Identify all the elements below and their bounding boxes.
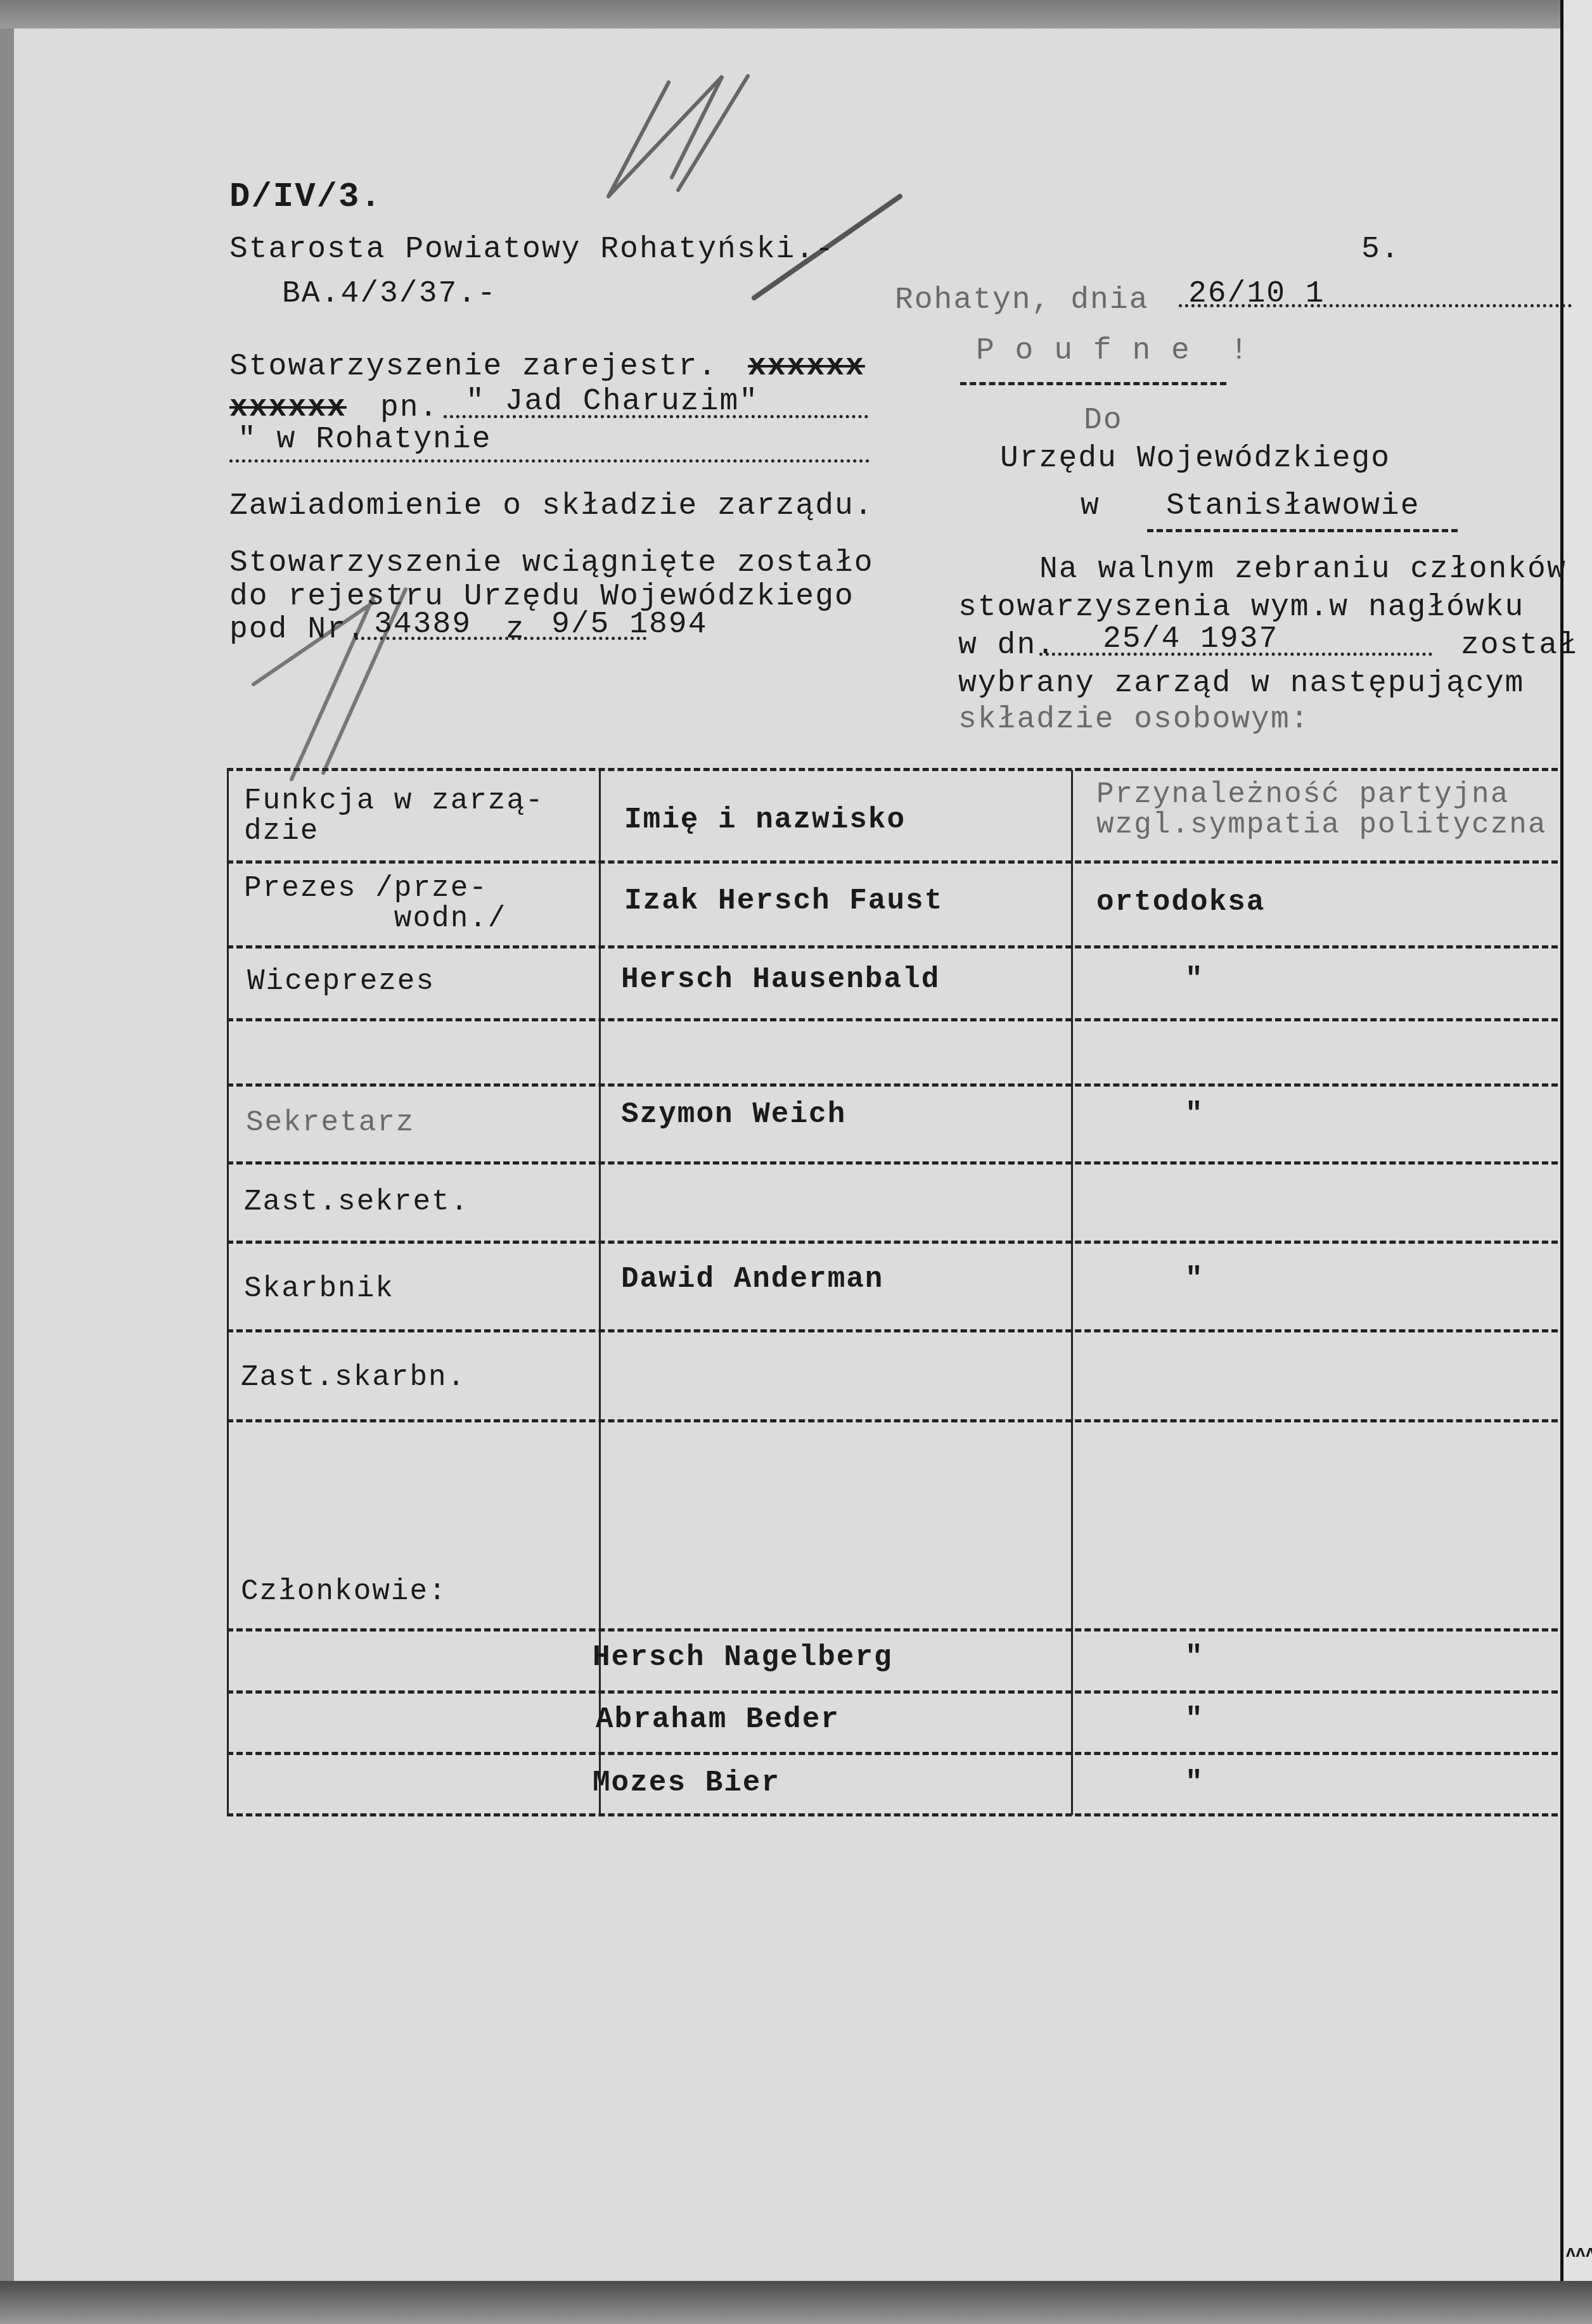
column-header-name: Imię i nazwisko	[624, 805, 906, 835]
row-affiliation: "	[1185, 1642, 1204, 1673]
issuer-line: Starosta Powiatowy Rohatyński.-	[229, 234, 835, 265]
date-dotted-line	[1179, 304, 1572, 307]
table-row-line	[227, 1419, 1558, 1422]
struck-text-1: xxxxxx	[748, 352, 865, 382]
body-line3-suffix: został	[1461, 630, 1578, 661]
file-number: BA.4/3/37.-	[282, 279, 497, 309]
confidential-underline	[960, 382, 1226, 385]
row-function: Wiceprezes	[247, 966, 435, 997]
recipient-office: Urzędu Wojewódzkiego	[1000, 444, 1390, 474]
row-name: Izak Hersch Faust	[624, 886, 943, 916]
registration-date-prefix: z	[506, 615, 525, 645]
row-name: Abraham Beder	[596, 1704, 840, 1735]
body-line5: składzie osobowym:	[958, 705, 1309, 735]
row-name: Hersch Nagelberg	[593, 1642, 893, 1673]
scan-bottom-edge	[0, 2281, 1592, 2324]
association-location: " w Rohatynie	[238, 425, 491, 455]
recipient-to: Do	[1084, 405, 1123, 436]
body-line1: Na walnym zebraniu członków	[1039, 554, 1567, 585]
name-dotted-line	[444, 415, 868, 418]
row-function: Skarbnik	[244, 1274, 394, 1304]
registration-date: 9/5 1894	[551, 610, 707, 640]
edge-mark: ᴧᴧᴧ	[1565, 2243, 1592, 2262]
table-col-divider-2	[1071, 770, 1073, 1815]
table-row-line	[227, 945, 1558, 948]
struck-text-2: xxxxxx	[229, 393, 347, 423]
row-function: Zast.skarbn.	[241, 1362, 466, 1393]
row-affiliation: "	[1185, 964, 1204, 995]
row-function: Zast.sekret.	[244, 1187, 469, 1217]
recipient-city: Stanisławowie	[1166, 491, 1420, 521]
registration-number: 34389	[374, 610, 472, 640]
place-date-label: Rohatyn, dnia	[895, 285, 1148, 316]
registration-line2: do rejestru Urzędu Wojewódzkiego	[229, 582, 854, 612]
registration-dotted-line	[355, 637, 646, 640]
row-name: Szymon Weich	[621, 1099, 846, 1130]
association-name-prefix: pn.	[380, 393, 439, 423]
confidential-label: P o u f n e !	[976, 336, 1249, 366]
scan-top-edge	[0, 0, 1592, 29]
column-header-function: Funkcja w zarzą- dzie	[244, 786, 544, 847]
table-left-border	[227, 770, 229, 1815]
row-name: Mozes Bier	[593, 1768, 780, 1798]
registration-prefix: pod Nr.	[229, 615, 366, 645]
table-row-line	[227, 1083, 1558, 1087]
table-row-line	[227, 1628, 1558, 1631]
registration-line1: Stowarzyszenie wciągnięte zostało	[229, 548, 874, 578]
meeting-date-dotted-line	[1039, 653, 1432, 656]
table-row-line	[227, 1752, 1558, 1755]
table-row-line	[227, 1690, 1558, 1694]
city-underline	[1147, 529, 1458, 532]
table-row-line	[227, 860, 1558, 864]
scan-right-edge	[1560, 0, 1592, 2324]
row-affiliation: ortodoksa	[1096, 887, 1265, 917]
location-dotted-line	[229, 459, 870, 463]
table-row-line	[227, 1018, 1558, 1021]
meeting-date: 25/4 1937	[1103, 624, 1278, 654]
subject-line: Zawiadomienie o składzie zarządu.	[229, 491, 874, 521]
row-function: Członkowie:	[241, 1576, 447, 1607]
page-mark: 5.	[1361, 234, 1401, 265]
table-row-line	[227, 768, 1558, 771]
body-line3-prefix: w dn.	[958, 630, 1056, 661]
association-name: " Jad Charuzim"	[466, 386, 759, 417]
recipient-city-prefix: w	[1081, 491, 1100, 521]
column-header-affiliation: Przynależność partyjna wzgl.sympatia pol…	[1096, 779, 1547, 841]
association-line1: Stowarzyszenie zarejestr.	[229, 352, 717, 382]
row-function: Sekretarz	[246, 1108, 414, 1138]
row-affiliation: "	[1185, 1264, 1204, 1294]
row-affiliation: "	[1185, 1768, 1204, 1798]
row-function: Prezes /prze- wodn./	[244, 873, 506, 935]
table-row-line	[227, 1161, 1558, 1165]
table-row-line	[227, 1329, 1558, 1332]
row-name: Hersch Hausenbald	[621, 964, 940, 995]
handwritten-mark	[596, 63, 761, 203]
table-row-line	[227, 1813, 1558, 1816]
row-affiliation: "	[1185, 1099, 1204, 1130]
body-line2: stowarzyszenia wym.w nagłówku	[958, 592, 1524, 623]
row-name: Dawid Anderman	[621, 1264, 883, 1294]
body-line4: wybrany zarząd w następującym	[958, 668, 1524, 699]
row-affiliation: "	[1185, 1704, 1204, 1735]
table-row-line	[227, 1241, 1558, 1244]
reference-code: D/IV/3.	[229, 181, 382, 215]
